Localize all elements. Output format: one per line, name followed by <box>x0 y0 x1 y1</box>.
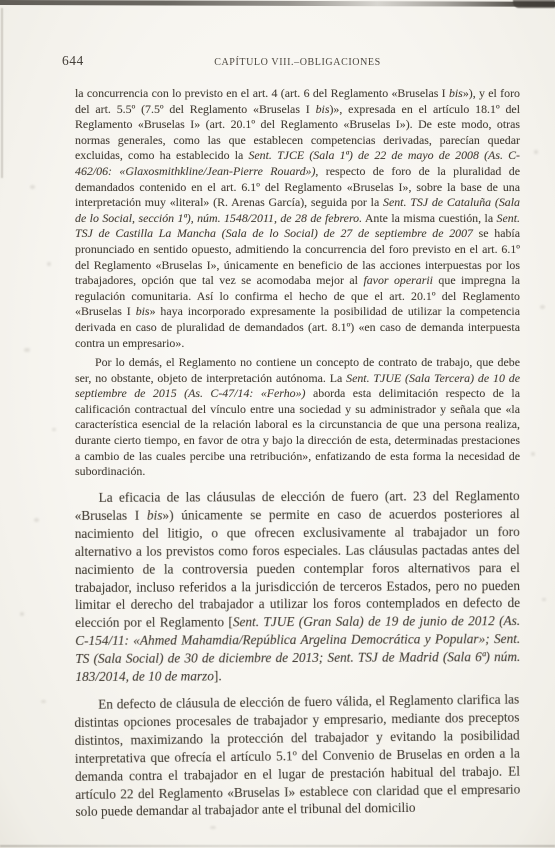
scan-speck <box>20 612 24 616</box>
scanned-page: 644 CAPÍTULO VIII.–OBLIGACIONES la concu… <box>0 0 555 848</box>
text-block: la concurrencia con lo previsto en el ar… <box>75 86 520 821</box>
scan-top-corner-mark <box>513 0 555 8</box>
scan-speck <box>47 262 51 266</box>
citation-italic-run: bis <box>136 304 150 318</box>
scan-speck <box>210 826 216 829</box>
paragraph-clausulas-fuero: La eficacia de las cláusulas de elección… <box>75 487 521 686</box>
citation-italic-run: bis <box>316 102 330 116</box>
scan-bottom-edge <box>0 845 555 847</box>
paragraph-concept-contrato: Por lo demás, el Reglamento no contiene … <box>75 355 520 480</box>
text-run: ]. <box>214 668 222 683</box>
paragraph-defecto-clausula: En defecto de cláusula de elección de fu… <box>74 690 520 821</box>
scan-left-edge <box>1 8 3 178</box>
text-run: En defecto de cláusula de elección de fu… <box>74 691 520 819</box>
citation-italic-run: bis <box>449 86 463 100</box>
citation-italic-run: favor operarii <box>363 273 433 287</box>
text-run: la concurrencia con lo previsto en el ar… <box>75 86 449 100</box>
citation-italic-run: bis <box>147 507 163 522</box>
scan-speck <box>531 452 535 456</box>
scan-speck <box>30 185 35 189</box>
scan-speck <box>34 518 39 522</box>
scan-speck <box>41 700 46 703</box>
text-run: Ante la misma cuestión, la <box>362 211 496 225</box>
scan-speck <box>540 305 545 309</box>
scan-speck <box>52 428 56 431</box>
scan-speck <box>542 598 546 601</box>
text-run: ») únicamente se permite en caso de acue… <box>75 506 520 630</box>
running-header: CAPÍTULO VIII.–OBLIGACIONES <box>75 57 520 68</box>
scan-speck <box>24 348 30 352</box>
scan-top-edge <box>0 0 555 7</box>
paragraph-continuation: la concurrencia con lo previsto en el ar… <box>75 86 520 351</box>
scan-speck <box>534 150 538 154</box>
